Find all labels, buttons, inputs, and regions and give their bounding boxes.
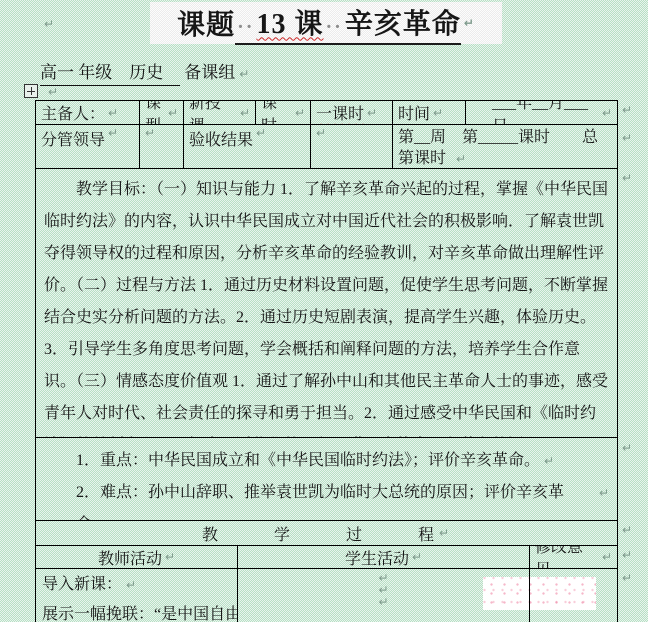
- paragraph-mark-icon: ↵: [44, 18, 54, 30]
- paragraph-mark-icon: ↵: [168, 107, 178, 119]
- cell-owner-label[interactable]: 主备人： ↵: [36, 101, 140, 124]
- course-type-value: 新授课: [189, 101, 237, 124]
- intro-line2: 展示一幅挽联：“是中国自由: [42, 602, 238, 622]
- leader-label: 分管领导: [41, 127, 105, 150]
- table-row: 教 学 过 程↵: [36, 521, 617, 546]
- cell-leader-label[interactable]: 分管领导↵: [36, 125, 140, 168]
- grade-subject-line: 高一 年级 历史 备课组 ↵: [40, 58, 249, 86]
- paragraph-mark-icon: ↵: [48, 86, 58, 98]
- paragraph-mark-icon: ↵: [456, 152, 466, 166]
- process-header-text: 教 学 过 程: [202, 522, 436, 545]
- student-activity-header: 学生活动: [345, 546, 409, 568]
- paragraph-mark-icon: ↵: [622, 524, 632, 536]
- week-blank: 第__周 第_____课时 总第课时: [398, 129, 598, 167]
- owner-label: 主备人：: [41, 101, 105, 124]
- cell-teaching-objectives[interactable]: 教学目标：（一）知识与能力 1．了解辛亥革命兴起的过程，掌握《中华民国临时约法》…: [36, 169, 617, 437]
- intro-line1: 导入新课：: [42, 572, 122, 598]
- paragraph-mark-icon: ↵: [165, 551, 175, 563]
- cell-result-label[interactable]: 验收结果↵: [184, 125, 311, 168]
- paragraph-mark-icon: ↵: [602, 107, 612, 119]
- course-type-label: 课型: [145, 101, 165, 124]
- date-blank: ___年__月___日: [492, 101, 599, 124]
- paragraph-mark-icon: ↵: [145, 127, 155, 139]
- cell-date-blank[interactable]: ___年__月___日↵: [466, 101, 617, 124]
- key-point-text: 1．重点：中华民国成立和《中华民国临时约法》；评价辛亥革命。: [76, 445, 540, 477]
- cell-revision-header[interactable]: 修改意见↵: [530, 546, 617, 568]
- difficult-point-text: 2．难点：孙中山辞职、推举袁世凯为临时大总统的原因；评价辛亥革命。: [76, 477, 595, 520]
- prep-group-label: 备课组: [184, 58, 235, 83]
- revision-header: 修改意见: [535, 546, 599, 568]
- paragraph-mark-icon: ↵: [622, 442, 632, 454]
- cell-course-type-label[interactable]: 课型↵: [140, 101, 184, 124]
- paragraph-mark-icon: ↵: [602, 551, 612, 563]
- document-title: 课题··13 课··辛亥革命 ↵: [150, 2, 502, 44]
- cell-key-difficult-points[interactable]: 1．重点：中华民国成立和《中华民国临时约法》；评价辛亥革命。↵ 2．难点：孙中山…: [36, 438, 617, 520]
- table-row: 教师活动↵ 学生活动↵ 修改意见↵: [36, 546, 617, 569]
- paragraph-mark-icon: ↵: [412, 551, 422, 563]
- paragraph-mark-icon: ↵: [316, 127, 326, 139]
- table-row: 主备人： ↵ 课型↵ 新授课↵ 课时↵ 一课时↵ 时间↵ ___年__月___日…: [36, 101, 617, 125]
- title-topic: 辛亥革命: [345, 9, 461, 40]
- cell-time-label[interactable]: 时间↵: [393, 101, 466, 124]
- table-move-handle-icon[interactable]: [24, 84, 38, 98]
- paragraph-mark-icon: ↵: [256, 127, 266, 139]
- teacher-activity-header: 教师活动: [98, 546, 162, 568]
- table-row: 教学目标：（一）知识与能力 1．了解辛亥革命兴起的过程，掌握《中华民国临时约法》…: [36, 169, 617, 438]
- faded-watermark: [483, 577, 596, 610]
- paragraph-mark-icon: ↵: [544, 455, 554, 467]
- paragraph-mark-icon: ↵: [295, 107, 305, 119]
- table-row: 分管领导↵ ↵ 验收结果↵ ↵ 第__周 第_____课时 总第课时 ↵: [36, 125, 617, 169]
- paragraph-mark-icon: ↵: [239, 68, 249, 80]
- space-marks-icon: ··: [235, 16, 256, 38]
- result-label: 验收结果: [189, 127, 253, 150]
- paragraph-mark-icon: ↵: [243, 596, 524, 608]
- paragraph-mark-icon: ↵: [108, 127, 118, 139]
- cell-empty[interactable]: ↵: [311, 125, 393, 168]
- paragraph-mark-icon: ↵: [108, 107, 118, 119]
- paragraph-mark-icon: ↵: [439, 527, 451, 539]
- paragraph-mark-icon: ↵: [622, 104, 632, 116]
- lesson-plan-table: 主备人： ↵ 课型↵ 新授课↵ 课时↵ 一课时↵ 时间↵ ___年__月___日…: [35, 100, 618, 622]
- table-row: 1．重点：中华民国成立和《中华民国临时约法》；评价辛亥革命。↵ 2．难点：孙中山…: [36, 438, 617, 521]
- cell-student-activity-header[interactable]: 学生活动↵: [238, 546, 530, 568]
- title-label: 课题: [177, 3, 235, 43]
- time-label: 时间: [398, 101, 430, 124]
- cell-period-label[interactable]: 课时↵: [256, 101, 311, 124]
- paragraph-mark-icon: ↵: [622, 132, 632, 144]
- cell-lesson-intro[interactable]: 导入新课：↵ 展示一幅挽联：“是中国自由: [36, 569, 238, 622]
- cell-period-value[interactable]: 一课时↵: [311, 101, 393, 124]
- cell-teacher-activity-header[interactable]: 教师活动↵: [36, 546, 238, 568]
- paragraph-mark-icon: ↵: [622, 549, 632, 561]
- paragraph-mark-icon: ↵: [464, 17, 475, 29]
- paragraph-mark-icon: ↵: [622, 572, 632, 584]
- title-lesson-number: 13 课: [256, 9, 323, 40]
- paragraph-mark-icon: ↵: [367, 107, 377, 119]
- period-value: 一课时: [316, 101, 364, 124]
- paragraph-mark-icon: ↵: [240, 107, 250, 119]
- grade-subject-underlined: 高一 年级 历史: [40, 58, 180, 86]
- paragraph-mark-icon: ↵: [622, 172, 632, 184]
- table-border-segment: [529, 577, 530, 610]
- cell-empty[interactable]: ↵: [140, 125, 184, 168]
- paragraph-mark-icon: ↵: [599, 487, 609, 499]
- period-label: 课时: [261, 101, 292, 124]
- paragraph-mark-icon: ↵: [433, 107, 443, 119]
- paragraph-mark-icon: ↵: [126, 579, 136, 591]
- cell-process-header[interactable]: 教 学 过 程↵: [36, 521, 617, 545]
- cell-week-blank[interactable]: 第__周 第_____课时 总第课时 ↵: [393, 125, 617, 168]
- teaching-objectives-text: 教学目标：（一）知识与能力 1．了解辛亥革命兴起的过程，掌握《中华民国临时约法》…: [44, 181, 608, 437]
- space-marks-icon: ··: [323, 16, 344, 38]
- cell-course-type-value[interactable]: 新授课↵: [184, 101, 256, 124]
